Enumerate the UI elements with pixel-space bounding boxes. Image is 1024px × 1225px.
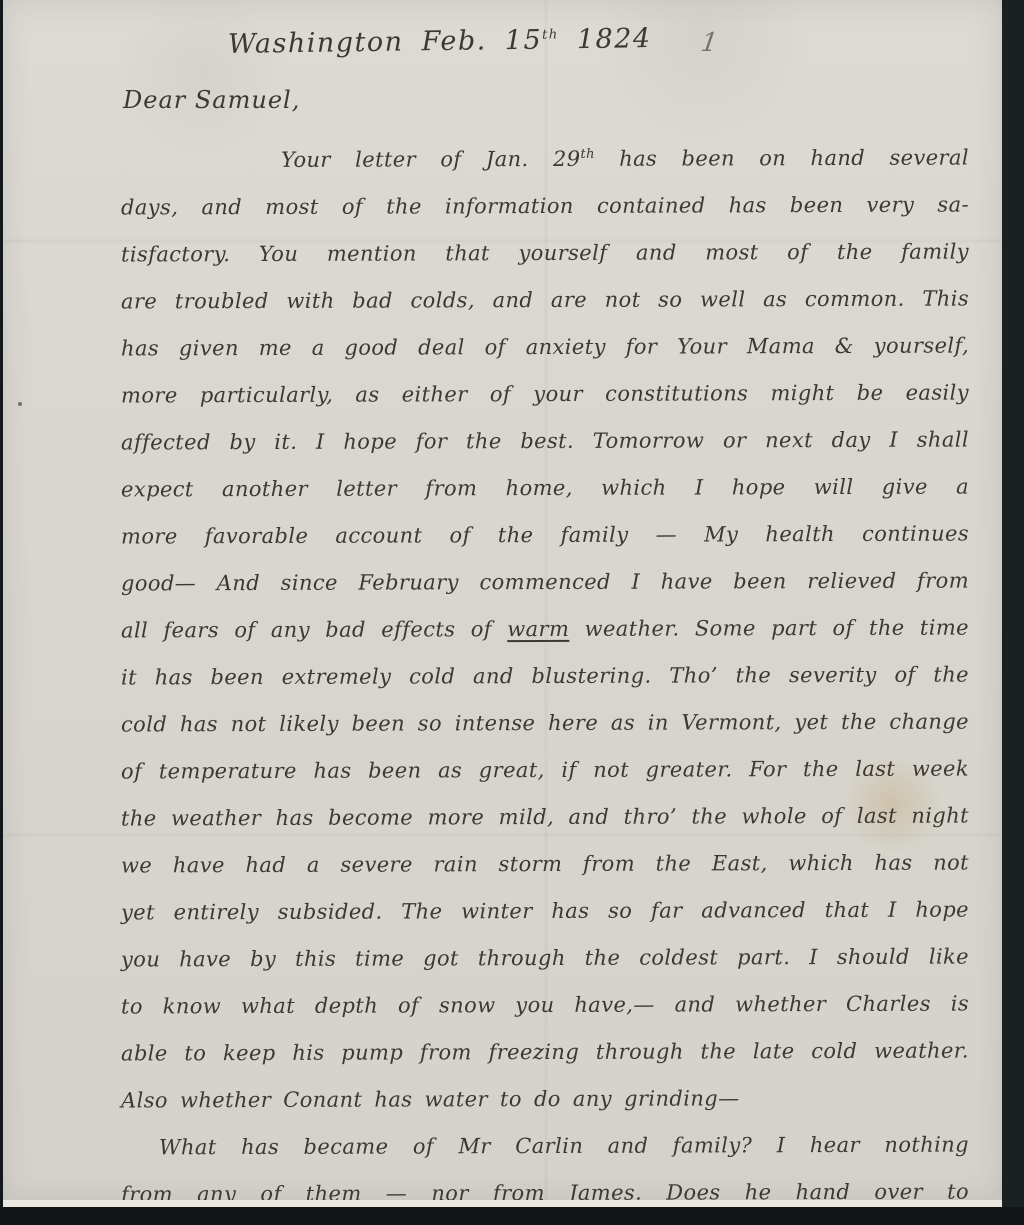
letter-line: all fears of any bad effects of warm wea… [121,605,969,655]
letter-line: cold has not likely been so intense here… [121,699,969,749]
line-text: all fears of any bad effects of [121,617,507,642]
ink-speck [18,402,22,406]
line-text: weather. Some part of the time [569,616,969,641]
letter-line: more particularly, as either of your con… [121,370,969,420]
scan-edge-right [1002,0,1024,1225]
letter-line: able to keep his pump from freezing thro… [121,1028,969,1078]
line-superscript: th [580,147,594,162]
scan-edge-bottom [0,1207,1024,1225]
scan-edge-left [0,0,3,1225]
underlined-word: warm [507,617,569,641]
heading-place-date-post: 1824 [559,23,652,55]
page-number: 1 [699,28,720,58]
letter-scan: Washington Feb. 15th 1824 1 Dear Samuel,… [0,0,1024,1225]
letter-line: it has been extremely cold and blusterin… [121,652,969,702]
letter-line: has given me a good deal of anxiety for … [121,323,969,373]
letter-line: What has became of Mr Carlin and family?… [121,1122,969,1172]
letter-line: to know what depth of snow you have,— an… [121,981,969,1031]
letter-line: Also whether Conant has water to do any … [121,1075,969,1125]
letter-line: of temperature has been as great, if not… [121,746,969,796]
letter-body: Your letter of Jan. 29th has been on han… [121,136,969,1217]
letter-line: we have had a severe rain storm from the… [121,840,969,890]
letter-line: affected by it. I hope for the best. Tom… [121,417,969,467]
letter-line: Your letter of Jan. 29th has been on han… [121,135,969,185]
line-text: Your letter of Jan. 29 [281,147,581,172]
letter-line: are troubled with bad colds, and are not… [121,276,969,326]
letter-heading-place-date: Washington Feb. 15th 1824 [228,23,652,60]
line-text: has been on hand several [595,146,969,171]
heading-place-date-pre: Washington Feb. 15 [228,25,543,60]
letter-line: tisfactory. You mention that yourself an… [121,229,969,279]
letter-line: yet entirely subsided. The winter has so… [121,887,969,937]
letter-line: good— And since February commenced I hav… [121,558,969,608]
letter-line: the weather has become more mild, and th… [121,793,969,843]
heading-date-superscript: th [542,27,559,42]
letter-line: more favorable account of the family — M… [121,511,969,561]
salutation: Dear Samuel, [123,86,300,114]
letter-paper: Washington Feb. 15th 1824 1 Dear Samuel,… [3,0,1002,1200]
letter-line: you have by this time got through the co… [121,934,969,984]
letter-line: expect another letter from home, which I… [121,464,969,514]
letter-line: days, and most of the information contai… [121,182,969,232]
